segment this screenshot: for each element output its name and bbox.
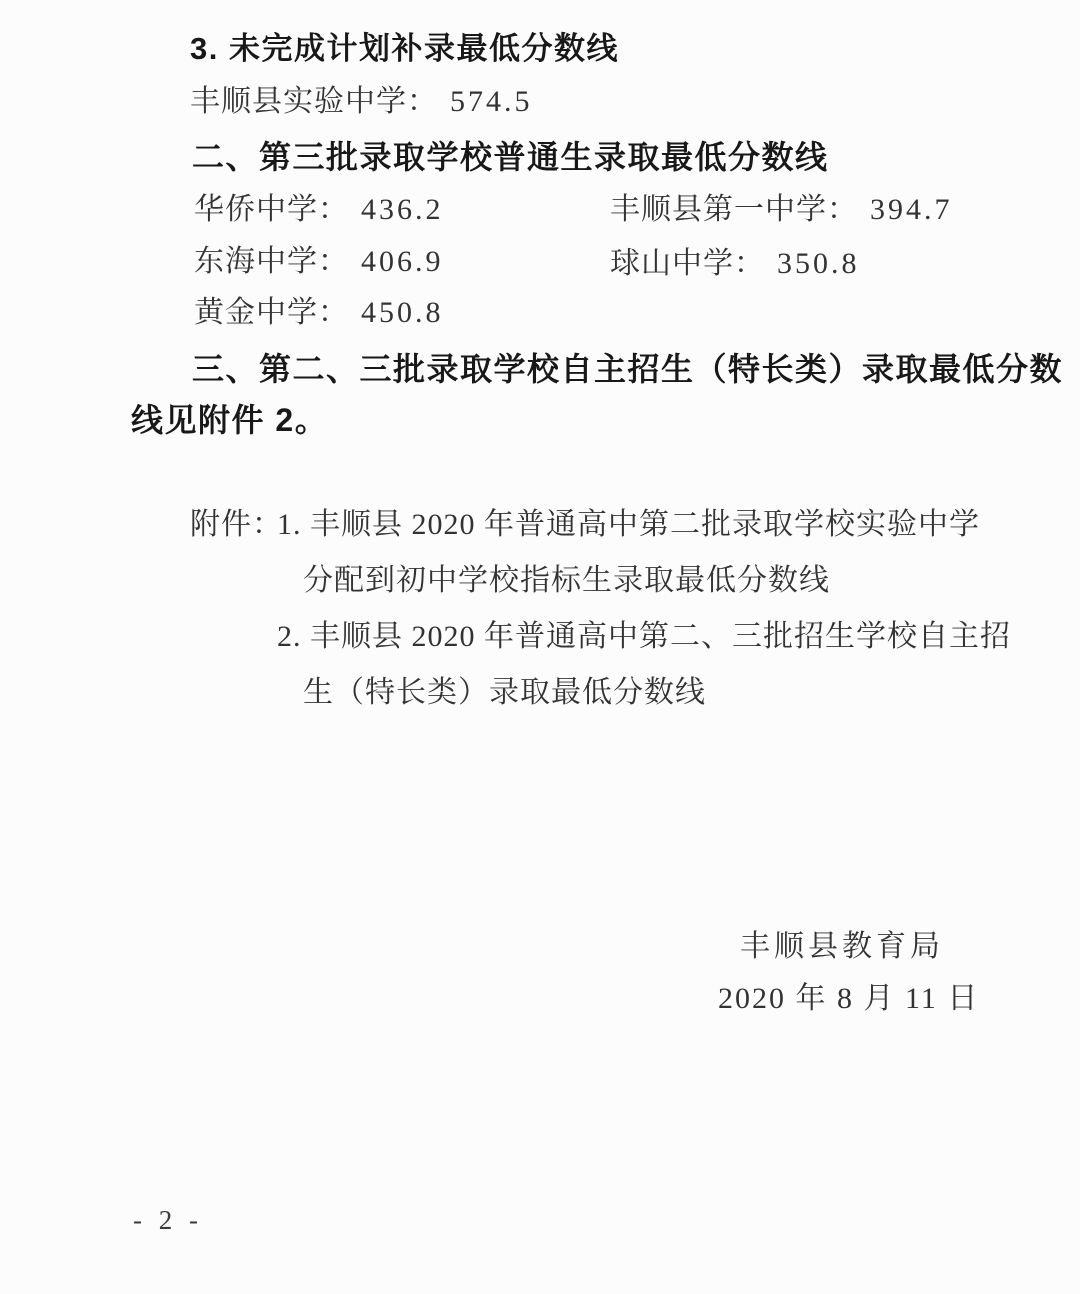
score-value: 394.7	[870, 195, 953, 225]
school-name: 球山中学：	[610, 247, 765, 280]
school-name: 东海中学：	[194, 245, 349, 278]
section-2-heading: 二、第三批录取学校普通生录取最低分数线	[192, 141, 829, 173]
score-value: 436.2	[361, 195, 444, 225]
score-value: 406.9	[361, 247, 444, 277]
score-value: 350.8	[777, 249, 860, 279]
subsection-3-heading: 3. 未完成计划补录最低分数线	[190, 33, 619, 64]
signature-agency: 丰顺县教育局	[740, 932, 944, 962]
school-name: 丰顺县第一中学：	[610, 193, 858, 226]
school-name: 黄金中学：	[194, 296, 349, 329]
score-value: 450.8	[361, 298, 444, 328]
score-line: 东海中学：406.9	[194, 247, 444, 277]
attachments-label: 附件：	[190, 510, 283, 540]
attachment-item-2-line-1: 2. 丰顺县 2020 年普通高中第二、三批招生学校自主招	[277, 622, 1011, 652]
document-page: 3. 未完成计划补录最低分数线 丰顺县实验中学：574.5 二、第三批录取学校普…	[0, 0, 1080, 1294]
school-name: 华侨中学：	[194, 193, 349, 226]
score-line: 华侨中学：436.2	[194, 195, 444, 225]
score-value: 574.5	[450, 87, 533, 117]
score-line: 丰顺县第一中学：394.7	[610, 195, 953, 225]
score-line: 黄金中学：450.8	[194, 298, 444, 328]
attachment-item-1-line-1: 1. 丰顺县 2020 年普通高中第二批录取学校实验中学	[277, 510, 980, 540]
signature-date: 2020 年 8 月 11 日	[718, 984, 979, 1014]
page-number: - 2 -	[133, 1207, 203, 1234]
section-3-heading-line1: 三、第二、三批录取学校自主招生（特长类）录取最低分数	[192, 353, 1063, 385]
section-3-heading-line2: 线见附件 2。	[131, 404, 328, 436]
school-name: 丰顺县实验中学：	[190, 85, 438, 118]
makeup-score-line: 丰顺县实验中学：574.5	[190, 87, 533, 117]
attachment-item-2-line-2: 生（特长类）录取最低分数线	[303, 678, 706, 708]
score-line: 球山中学：350.8	[610, 249, 860, 279]
attachment-item-1-line-2: 分配到初中学校指标生录取最低分数线	[303, 566, 830, 596]
